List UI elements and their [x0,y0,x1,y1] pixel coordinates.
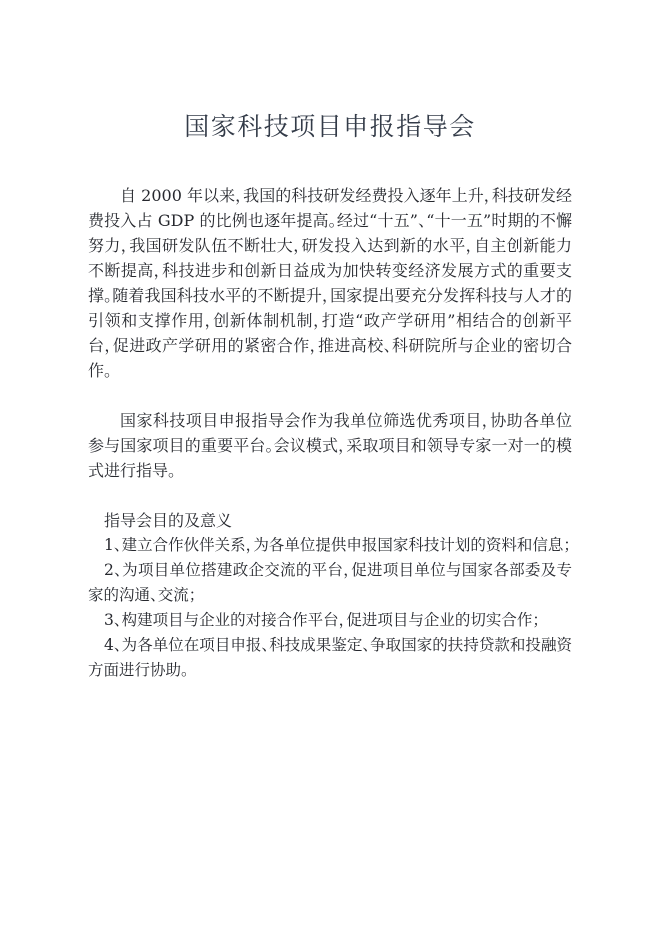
purpose-item-2: 2、为项目单位搭建政企交流的平台，促进项目单位与国家各部委及专家的沟通、交流； [88,558,572,608]
purpose-item-4: 4、为各单位在项目申报、科技成果鉴定、争取国家的扶持贷款和投融资方面进行协助。 [88,633,572,683]
meeting-overview-paragraph: 国家科技项目申报指导会作为我单位筛选优秀项目，协助各单位参与国家项目的重要平台。… [88,408,572,483]
purpose-item-3: 3、构建项目与企业的对接合作平台，促进项目与企业的切实合作； [88,608,572,633]
document-body: 自 2000 年以来，我国的科技研发经费投入逐年上升，科技研发经费投入占 GDP… [88,183,572,683]
document-page: 国家科技项目申报指导会 自 2000 年以来，我国的科技研发经费投入逐年上升，科… [0,0,660,933]
section-heading: 指导会目的及意义 [88,508,572,533]
purpose-item-1: 1、建立合作伙伴关系，为各单位提供申报国家科技计划的资料和信息； [88,533,572,558]
page-title: 国家科技项目申报指导会 [0,108,660,146]
intro-paragraph: 自 2000 年以来，我国的科技研发经费投入逐年上升，科技研发经费投入占 GDP… [88,183,572,383]
